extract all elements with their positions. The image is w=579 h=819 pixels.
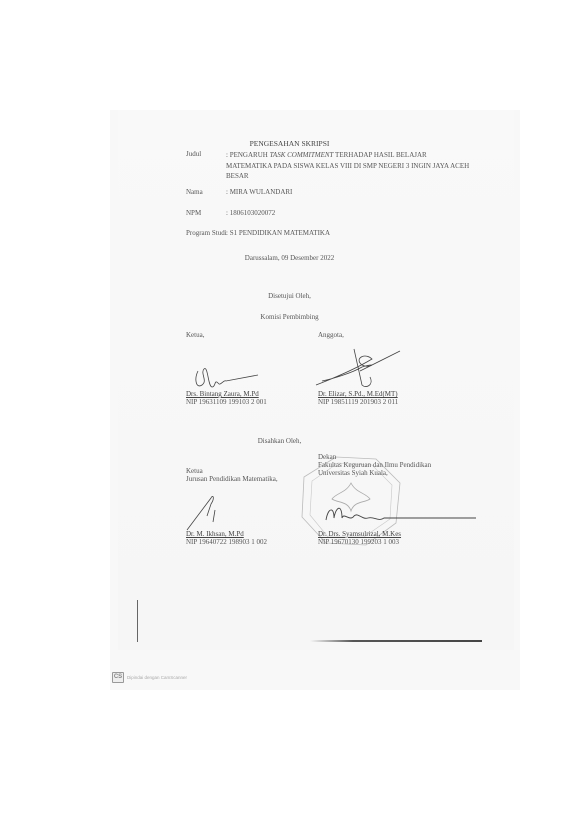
scan-edge-vertical	[137, 600, 138, 642]
dekan-nip: NIP 19670130 199203 1 003	[318, 538, 399, 547]
place-date: Darussalam, 09 Desember 2022	[0, 254, 579, 263]
npm-label: NPM	[186, 209, 201, 218]
camscanner-text: Dipindai dengan CamScanner	[127, 675, 187, 680]
anggota-nip: NIP 19851119 201903 2 011	[318, 398, 398, 407]
camscanner-watermark: CS Dipindai dengan CamScanner	[112, 672, 187, 683]
ratified-by: Disahkan Oleh,	[0, 437, 569, 446]
dekan-signature	[320, 500, 480, 528]
ketua-nip: NIP 19631109 199103 2 001	[186, 398, 267, 407]
anggota-label: Anggota,	[318, 331, 344, 340]
judul-label: Judul	[186, 150, 201, 159]
kajur-signature	[185, 492, 235, 532]
page-title: PENGESAHAN SKRIPSI	[0, 139, 579, 148]
scan-edge-horizontal	[310, 640, 482, 642]
nama-value: : MIRA WULANDARI	[226, 188, 292, 197]
nama-label: Nama	[186, 188, 203, 197]
prodi-value: : S1 PENDIDIKAN MATEMATIKA	[226, 229, 330, 238]
kajur-nip: NIP 19640722 198903 1 002	[186, 538, 267, 547]
prodi-label: Program Studi	[186, 229, 227, 238]
approved-by: Disetujui Oleh,	[0, 292, 579, 301]
camscanner-logo-icon: CS	[112, 672, 124, 683]
committee-label: Komisi Pembimbing	[0, 313, 579, 322]
judul-italic: TASK COMMITMENT	[270, 151, 334, 159]
judul-value: : PENGARUH TASK COMMITMENT TERHADAP HASI…	[226, 150, 472, 182]
dekan-line3: Universitas Syiah Kuala,	[318, 469, 388, 478]
npm-value: : 1806103020072	[226, 209, 275, 218]
ketua-label: Ketua,	[186, 331, 204, 340]
kajur-line2: Jurusan Pendidikan Matematika,	[186, 475, 278, 484]
anggota-signature	[312, 345, 402, 390]
